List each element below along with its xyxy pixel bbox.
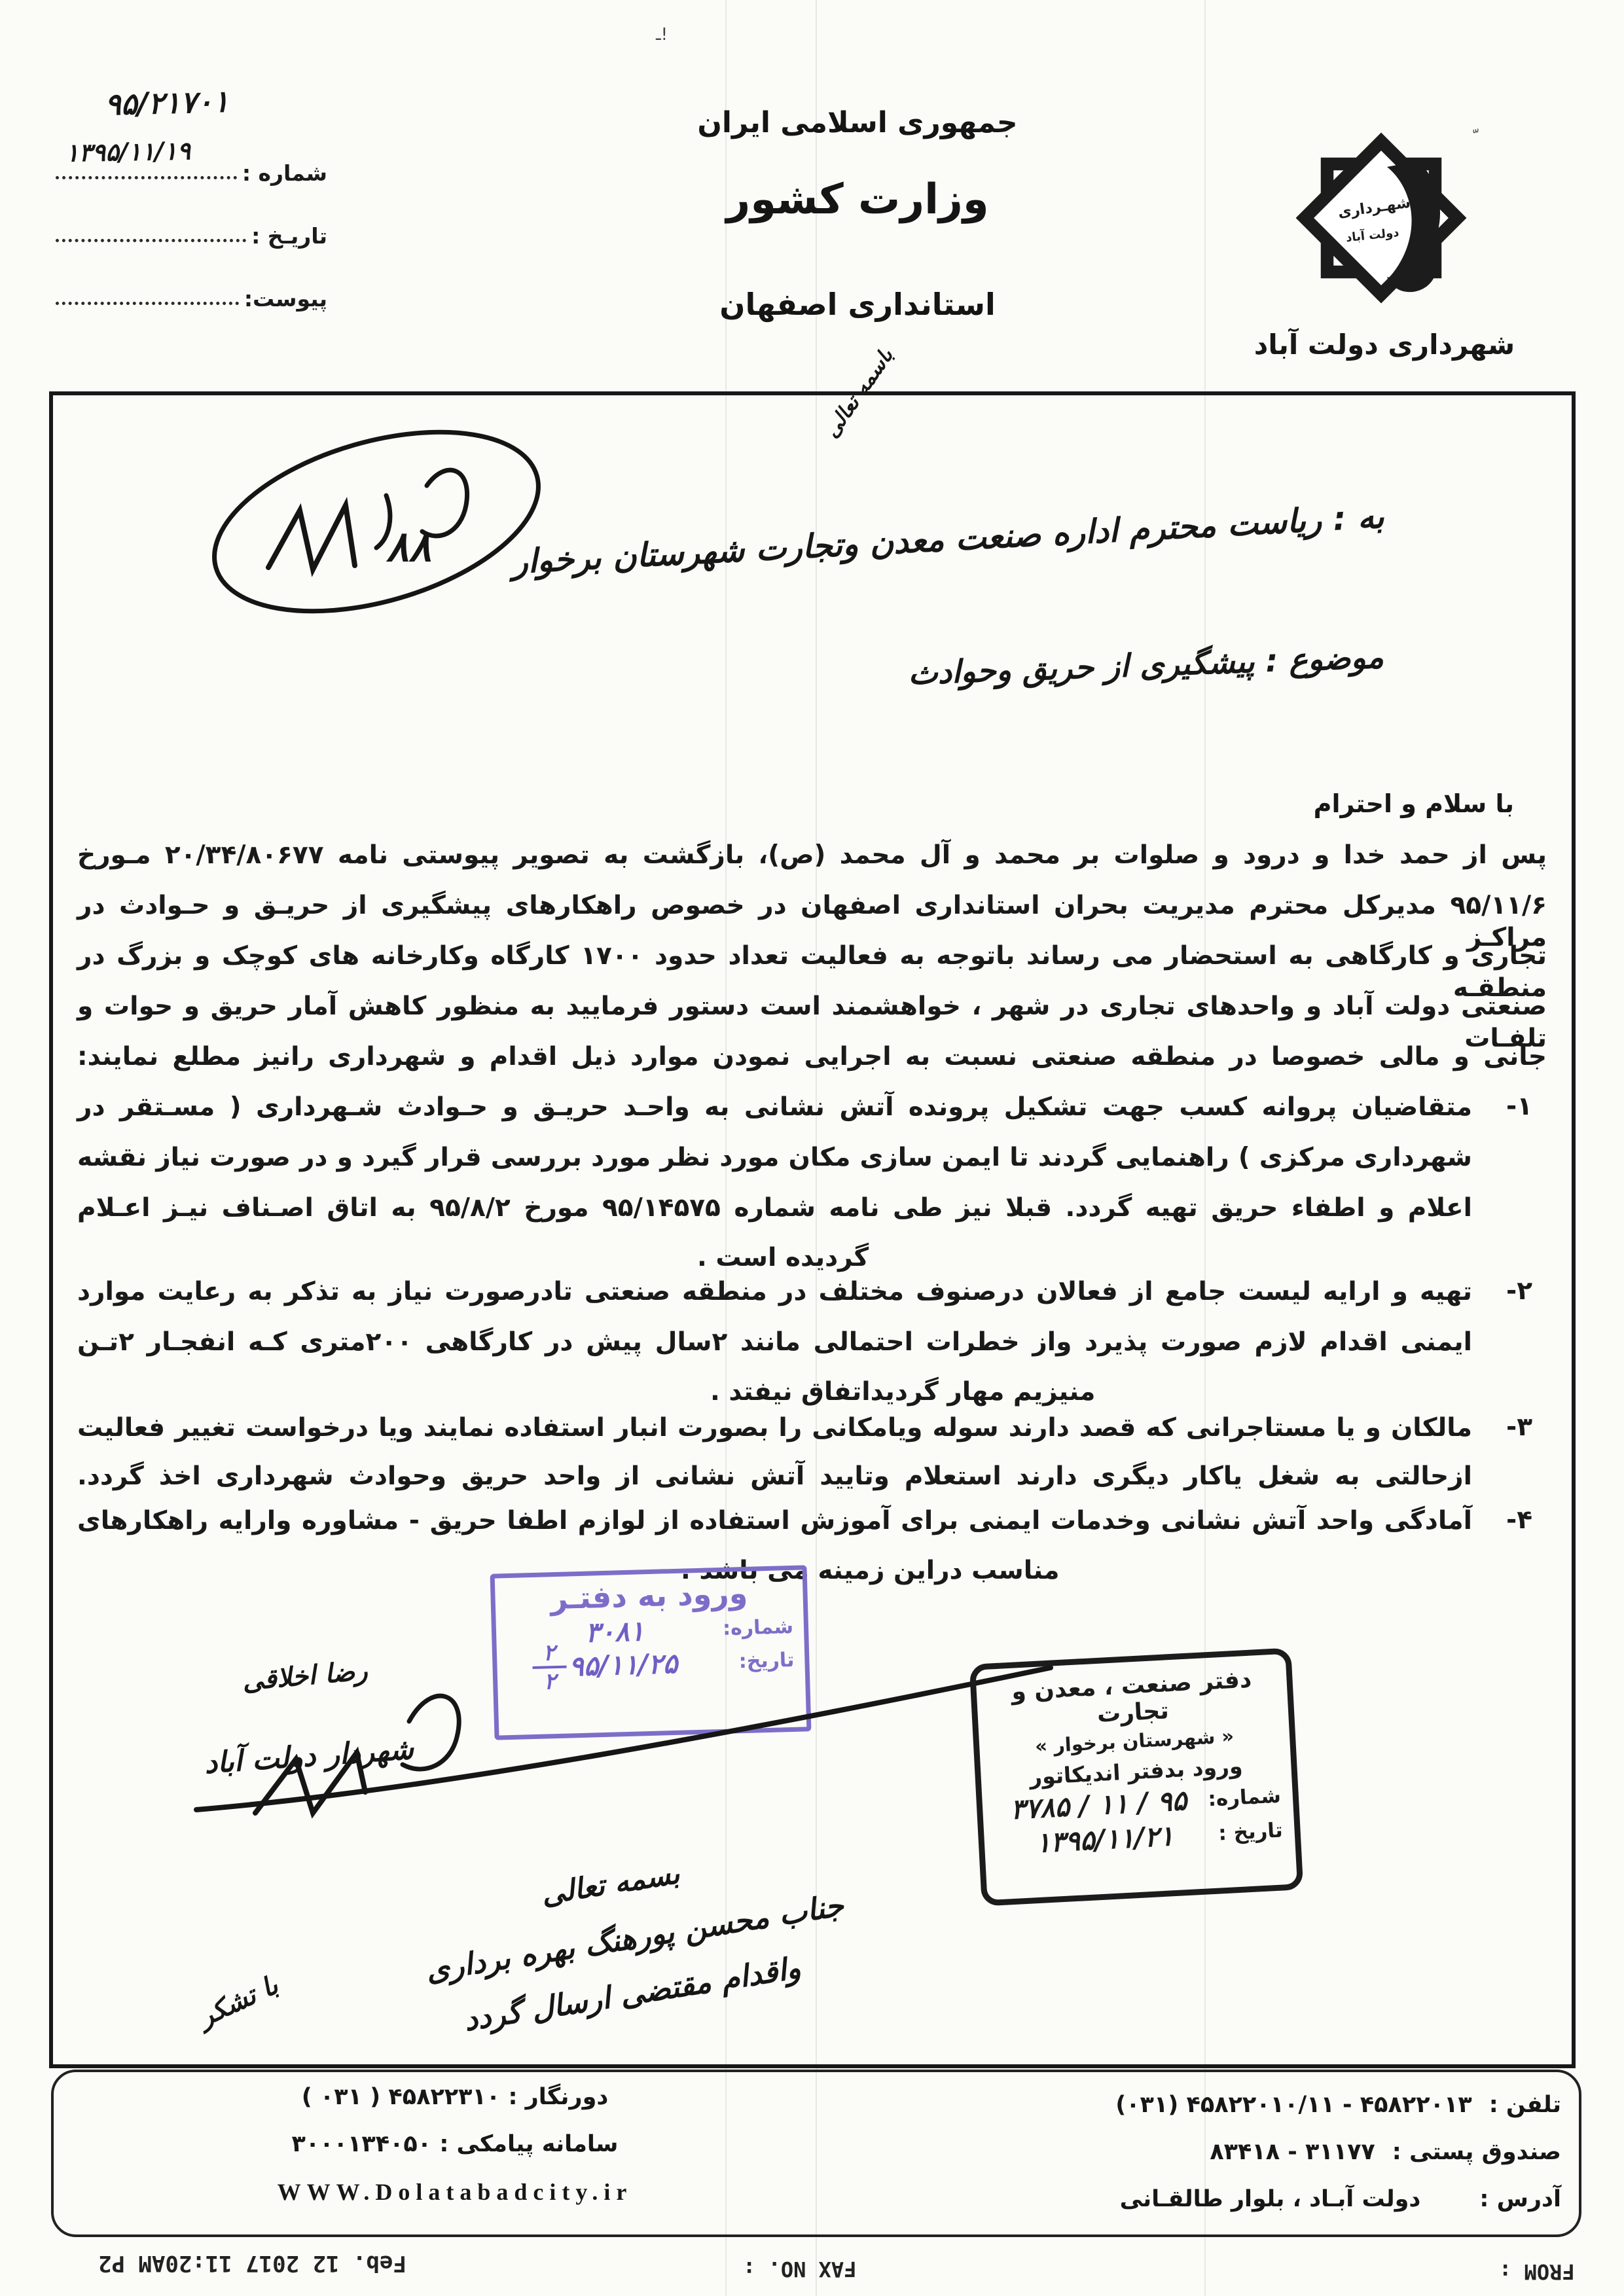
list-item-line: گردیده است .	[697, 1243, 869, 1272]
field-number-label: شماره :	[242, 160, 327, 186]
list-item-line: ازحالتی به شغل یاکار دیگری دارند استعلام…	[77, 1461, 1472, 1493]
list-item-line: شهرداری مرکزی ) راهنمایی گردند تا ایمن س…	[77, 1142, 1472, 1174]
salutation: با سلام و احترام	[1314, 789, 1514, 818]
footer-fax-value: ۴۵۸۲۲۳۱۰ ( ۰۳۱ )	[302, 2084, 501, 2110]
footer-address-label: آدرس :	[1479, 2186, 1561, 2212]
footer-fax-label: دورنگار :	[508, 2084, 608, 2110]
footer-sms-label: سامانه پیامکی :	[439, 2131, 618, 2157]
field-number-value: ۱۳۹۵/۱۱/۱۹	[65, 136, 191, 167]
oval-outline	[194, 407, 556, 636]
header-governorate: استانداری اصفهان	[609, 287, 1106, 322]
list-item-line: مالکان و یا مستاجرانی که قصد دارند سوله …	[77, 1412, 1472, 1444]
municipality-star-logo-icon: شهـرداری دولت آباد	[1273, 128, 1489, 324]
handwritten-ref-number: ۹۵/۲۱۷۰۱	[104, 84, 229, 122]
oval-pen-annotation: ۸۸	[190, 407, 556, 636]
fax-from-label: FROM :	[1499, 2259, 1575, 2284]
paragraph-line: جانی و مالی خصوصا در منطقه صنعتی نسبت به…	[77, 1041, 1547, 1073]
list-item-line: منیزیم مهار گردیداتفاق نیفتد .	[710, 1377, 1095, 1407]
footer-address-value: دولت آبـاد ، بلوار طالقـانی	[1120, 2186, 1421, 2212]
signature-flourish	[157, 1617, 1087, 1833]
oval-number: ۸۸	[386, 523, 431, 571]
field-attachment-label: پیوست:	[244, 286, 327, 312]
fax-number-label: FAX NO. :	[743, 2257, 856, 2282]
office-stamp-date-label: تاریخ :	[1218, 1818, 1283, 1845]
fax-timestamp: Feb. 12 2017 11:20AM P2	[98, 2250, 406, 2276]
footer-address-row: آدرس : دولت آبـاد ، بلوار طالقـانی	[857, 2176, 1561, 2223]
header-ministry: وزارت کشور	[609, 175, 1106, 224]
footer-pobox-row: صندوق پستی : ۳۱۱۷۷ - ۸۳۴۱۸	[857, 2128, 1561, 2176]
footer-sms-value: ۳۰۰۰۱۳۴۰۵۰	[292, 2131, 432, 2157]
municipality-name: شهرداری دولت آباد	[1231, 329, 1538, 361]
scanned-letter-page: { "header": { "hand_ref_number": "۹۵/۲۱۷…	[0, 0, 1624, 2296]
list-item-line: آمادگی واحد آتش نشانی وخدمات ایمنی برای …	[77, 1505, 1472, 1537]
footer-right-column: تلفن : ۴۵۸۲۲۰۱۳ - ۴۵۸۲۲۰۱۰/۱۱ (۰۳۱) صندو…	[857, 2081, 1561, 2223]
list-item-line: ایمنی اقدام لازم صورت پذیرد واز خطرات اح…	[77, 1327, 1472, 1359]
field-date: تاریـخ :	[56, 211, 327, 249]
list-item-line: متقاضیان پروانه کسب جهت تشکیل پرونده آتش…	[77, 1092, 1472, 1124]
ink-speck: ـ!	[656, 25, 668, 45]
pen-scribble	[268, 505, 355, 569]
footer-phone-row: تلفن : ۴۵۸۲۲۰۱۳ - ۴۵۸۲۲۰۱۰/۱۱ (۰۳۱)	[857, 2081, 1561, 2128]
footer-pobox-label: صندوق پستی :	[1392, 2139, 1561, 2165]
dotted-line	[56, 239, 246, 242]
field-date-label: تاریـخ :	[251, 223, 327, 249]
office-stamp-number-label: شماره:	[1208, 1784, 1282, 1811]
paragraph-line: پس از حمد خدا و درود و صلوات بر محمد و آ…	[77, 840, 1547, 872]
footer-pobox-value: ۳۱۱۷۷ - ۸۳۴۱۸	[1210, 2139, 1375, 2165]
footer-phone-label: تلفن :	[1489, 2092, 1561, 2118]
field-attachment: پیوست:	[56, 274, 327, 312]
dotted-line	[56, 176, 237, 179]
list-marker-3: ۳-	[1506, 1412, 1532, 1442]
footer-left-column: دورنگار : ۴۵۸۲۲۳۱۰ ( ۰۳۱ ) سامانه پیامکی…	[98, 2084, 812, 2225]
list-marker-1: ۱-	[1506, 1092, 1532, 1121]
dotted-line	[56, 302, 239, 305]
list-item-line: تهیه و ارایه لیست جامع از فعالان درصنوف …	[77, 1276, 1472, 1308]
footer-phone-value: ۴۵۸۲۲۰۱۳ - ۴۵۸۲۲۰۱۰/۱۱ (۰۳۱)	[1115, 2092, 1472, 2118]
industry-office-stamp: دفتر صنعت ، معدن و تجارت « شهرستان برخوا…	[969, 1647, 1304, 1906]
list-item-line: اعلام و اطفاء حریق تهیه گردد. قبلا نیز ط…	[77, 1193, 1472, 1225]
list-marker-2: ۲-	[1506, 1276, 1532, 1306]
footer-website: WWW.Dolatabadcity.ir	[98, 2178, 812, 2225]
footer-sms-row: سامانه پیامکی : ۳۰۰۰۱۳۴۰۵۰	[98, 2131, 812, 2178]
header-country: جمهوری اسلامی ایران	[609, 106, 1106, 139]
list-marker-4: ۴-	[1506, 1505, 1532, 1535]
footer-fax-row: دورنگار : ۴۵۸۲۲۳۱۰ ( ۰۳۱ )	[98, 2084, 812, 2131]
